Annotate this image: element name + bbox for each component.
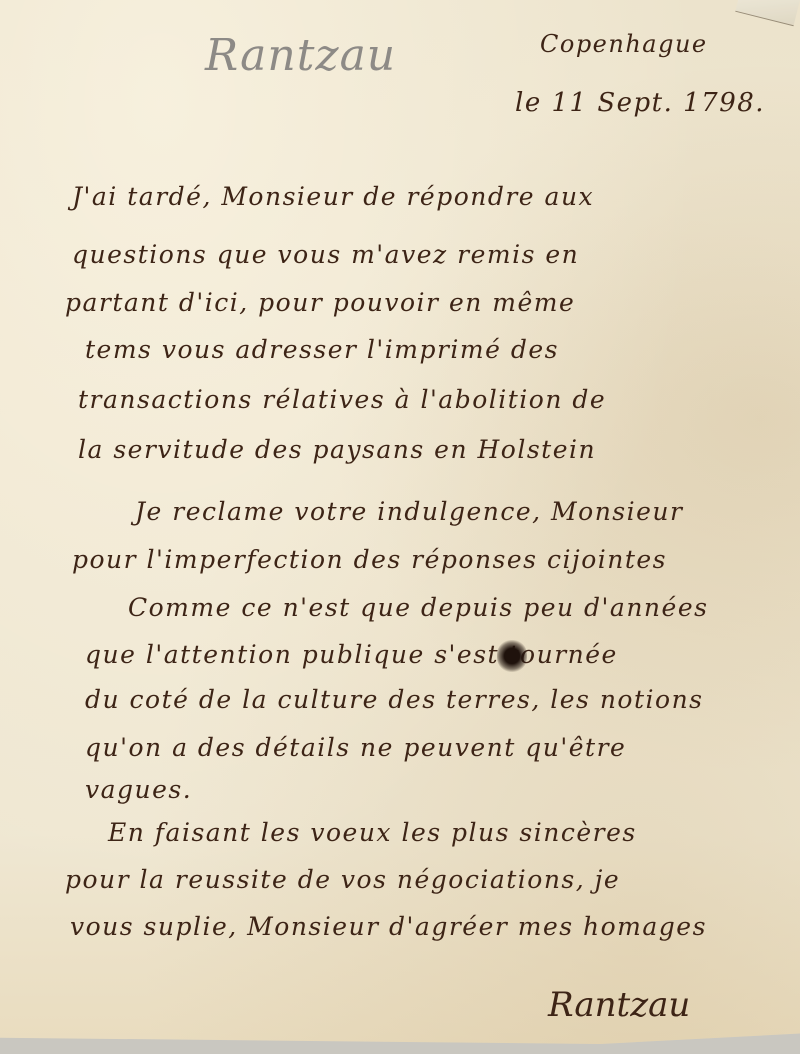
letter-line: la servitude des paysans en Holstein	[78, 435, 596, 464]
letter-line: J'ai tardé, Monsieur de répondre aux	[72, 182, 594, 211]
letter-line: qu'on a des détails ne peuvent qu'être	[85, 733, 626, 762]
letter-line: vagues.	[85, 775, 192, 804]
letter-line: En faisant les voeux les plus sincères	[108, 818, 637, 847]
letter-line: pour l'imperfection des réponses cijoint…	[72, 545, 667, 574]
ink-blot	[497, 640, 527, 672]
letter-line: du coté de la culture des terres, les no…	[85, 685, 704, 714]
pencil-annotation: Rantzau	[205, 30, 396, 81]
letter-line: tems vous adresser l'imprimé des	[85, 335, 559, 364]
letter-place: Copenhague	[540, 30, 708, 58]
letter-line: Je reclame votre indulgence, Monsieur	[135, 497, 683, 526]
letter-line: pour la reussite de vos négociations, je	[65, 865, 620, 894]
signature: Rantzau	[548, 985, 690, 1025]
letter-line: transactions rélatives à l'abolition de	[78, 385, 606, 414]
letter-line: partant d'ici, pour pouvoir en même	[65, 288, 575, 317]
letter-line: vous suplie, Monsieur d'agréer mes homag…	[70, 912, 707, 941]
letter-line: Comme ce n'est que depuis peu d'années	[128, 593, 708, 622]
letter-line: que l'attention publique s'est tournée	[85, 640, 618, 669]
letter-line: questions que vous m'avez remis en	[72, 240, 579, 269]
letter-date: le 11 Sept. 1798.	[515, 88, 765, 118]
